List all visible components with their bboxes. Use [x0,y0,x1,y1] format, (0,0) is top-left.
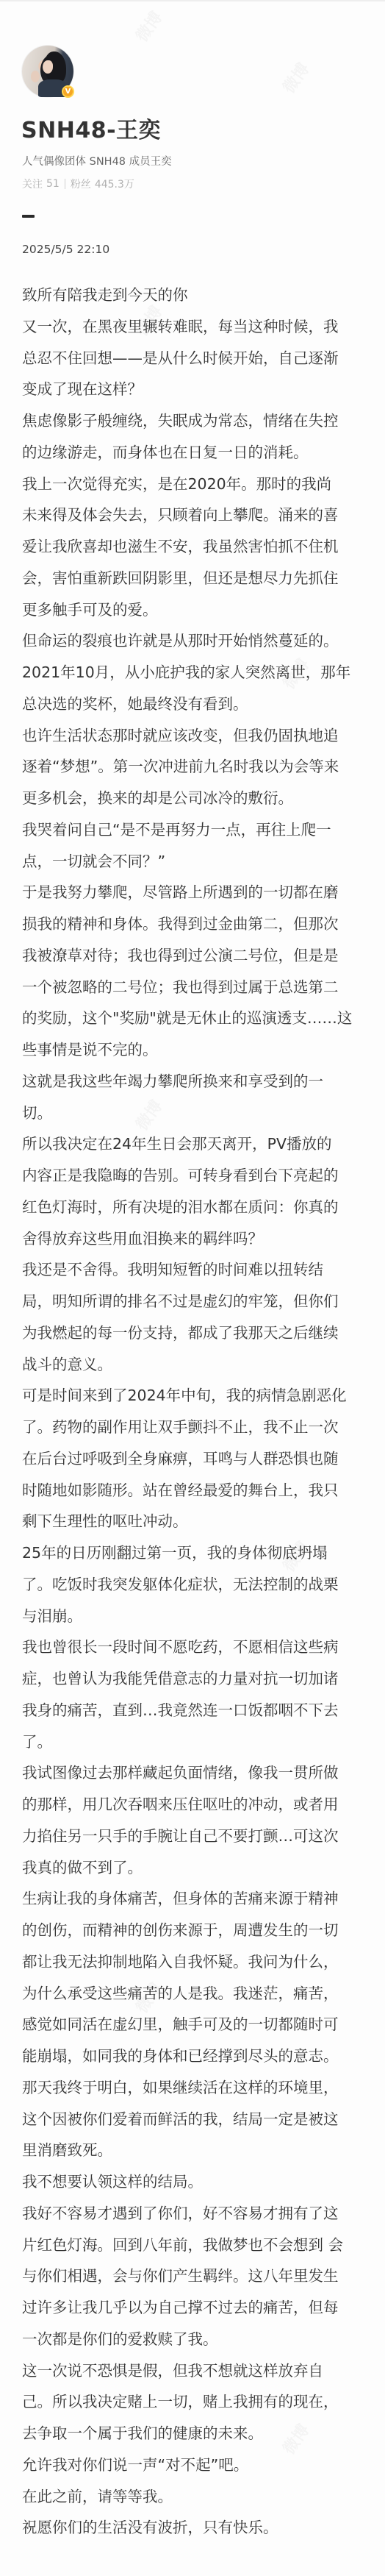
post-text-line: 所以我决定在24年生日会那天离开，PV播放的 [22,1128,382,1160]
post-text-line: 的那样，用几次吞咽来压住呕吐的冲动，或者用 [22,1789,382,1821]
stats-divider [65,179,65,189]
post-text-line: 更多触手可及的爱。 [22,594,382,626]
followers-label[interactable]: 粉丝 [71,177,91,191]
post-text-line: 了。 [22,1726,382,1758]
post-text-line: 症，也曾认为我能凭借意志的力量对抗一切加诸 [22,1663,382,1695]
post-text-line: 在后台过呼吸到全身麻痹，耳鸣与人群恐惧也随 [22,1443,382,1475]
post-text-line: 生病让我的身体痛苦，但身体的苦痛来源于精神 [22,1883,382,1915]
profile-name[interactable]: SNH48-王奕 [21,112,161,144]
verified-badge-icon: V [62,85,74,98]
post-text-line: 的创伤，而精神的创伤来源于，周遭发生的一切 [22,1915,382,1946]
post-text-line: 我还是不舍得。我明知短暂的时间难以扭转结 [22,1254,382,1286]
post-text-line: 为我燃起的每一份支持，都成了我那天之后继续 [22,1317,382,1349]
post-text-line: 这一次说不恐惧是假，但我不想就这样放弃自 [22,2355,382,2387]
avatar-face [43,60,53,74]
post-text-line: 的边缘游走，而身体也在日复一日的消耗。 [22,437,382,469]
post-text-line: 我哭着问自己“是不是再努力一点，再往上爬一 [22,814,382,846]
avatar-hand [31,71,40,82]
post-text-line: 这就是我这些年竭力攀爬所换来和享受到的一 [22,1066,382,1097]
post-text-line: 的奖励，这个"奖励"就是无休止的巡演透支……这 [22,1003,382,1034]
post-text-line: 这个因被你们爱着而鲜活的我，结局一定是被这 [22,2104,382,2135]
post-text-line: 我好不容易才遇到了你们，好不容易才拥有了这 [22,2198,382,2230]
post-text-line: 剩下生理性的呕吐冲动。 [22,1506,382,1537]
post-text-line: 可是时间来到了2024年中旬，我的病情急剧恶化 [22,1380,382,1412]
post-text-line: 我真的做不到了。 [22,1852,382,1884]
post-text-line: 会，害怕重新跌回阴影里，但还是想尽力先抓住 [22,563,382,594]
post-text-line: 于是我努力攀爬，尽管路上所遇到的一切都在磨 [22,877,382,908]
post-text-line: 祝愿你们的生活没有波折，只有快乐。 [22,2512,382,2544]
post-text-line: 又一次，在黑夜里辗转难眠，每当这种时候，我 [22,311,382,343]
post-text-line: 局，明知所谓的排名不过是虚幻的牢笼，但你们 [22,1286,382,1317]
post-text-line: 在此之前，请等等我。 [22,2481,382,2513]
post-text-line: 内容正是我隐晦的告别。可转身看到台下亮起的 [22,1160,382,1192]
post-text-line: 为什么承受这些痛苦的人是我。我迷茫，痛苦， [22,1978,382,2010]
post-text-line: 那天我终于明白，如果继续活在这样的环境里， [22,2072,382,2104]
post-text-line: 总决选的奖杯，她最终没有看到。 [22,689,382,720]
watermark: 微博 [277,58,314,98]
post-text-line: 过许多让我几乎以为自己撑不过去的痛苦，但每 [22,2292,382,2324]
post-text-line: 更多机会，换来的却是公司冰冷的敷衍。 [22,783,382,814]
post-text-line: 去争取一个属于我们的健康的未来。 [22,2418,382,2449]
post-text-line: 我上一次觉得充实，是在2020年。那时的我尚 [22,469,382,500]
post-text-line: 焦虑像影子般缠绕，失眠成为常态，情绪在失控 [22,405,382,437]
post-text-line: 些事情是说不完的。 [22,1034,382,1066]
post-text-line: 片红色灯海。回到八年前，我做梦也不会想到 会 [22,2230,382,2261]
post-text-line: 我被潦草对待；我也得到过公演二号位，但是是 [22,940,382,972]
post-text-line: 致所有陪我走到今天的你 [22,280,382,311]
post-text-line: 我不想要认领这样的结局。 [22,2166,382,2198]
following-count[interactable]: 51 [46,178,60,190]
post-text-line: 2021年10月，从小庇护我的家人突然离世，那年 [22,657,382,689]
post-text-line: 与你们相遇，会与你们产生羁绊。这八年里发生 [22,2260,382,2292]
post-text-line: 25年的日历刚翻过第一页，我的身体彻底坍塌 [22,1537,382,1569]
post-text-line: 允许我对你们说一声“对不起”吧。 [22,2449,382,2481]
post-text-line: 一次都是你们的爱救赎了我。 [22,2324,382,2355]
post-text-line: 我身的痛苦，直到…我竟然连一口饭都咽不下去 [22,1695,382,1726]
following-label[interactable]: 关注 [22,177,43,191]
profile-bio: 人气偶像团体 SNH48 成员王奕 [22,153,172,168]
post-text-line: 舍得放弃这些用血泪换来的羁绊吗？ [22,1223,382,1255]
post-text-line: 力掐住另一只手的手腕让自己不要打颤…可这次 [22,1821,382,1852]
post-text-line: 变成了现在这样？ [22,374,382,405]
post-text-line: 总忍不住回想——是从什么时候开始，自己逐渐 [22,343,382,374]
watermark: 微博 [130,7,168,46]
post-text-line: 了。吃饭时我突发躯体化症状，无法控制的战栗 [22,1569,382,1601]
post-text-line: 也许生活状态那时就应该改变，但我仍固执地追 [22,720,382,752]
post-date: 2025/5/5 22:10 [22,243,109,256]
followers-count[interactable]: 445.3万 [95,177,134,191]
post-text-line: 切。 [22,1097,382,1129]
post-text-line: 都让我无法抑制地陷入自我怀疑。我问为什么， [22,1946,382,1978]
post-body: 致所有陪我走到今天的你又一次，在黑夜里辗转难眠，每当这种时候，我总忍不住回想——… [22,280,382,2544]
post-text-line: 点，一切就会不同？” [22,846,382,878]
post-text-line: 我试图像过去那样藏起负面情绪，像我一贯所做 [22,1757,382,1789]
post-text-line: 能崩塌，如同我的身体和已经撑到尽头的意志。 [22,2040,382,2072]
post-text-line: 己。所以我决定赌上一切，赌上我拥有的现在， [22,2386,382,2418]
profile-stats: 关注 51 粉丝 445.3万 [22,177,134,191]
post-text-line: 战斗的意义。 [22,1349,382,1381]
post-text-line: 但命运的裂痕也许就是从那时开始悄然蔓延的。 [22,625,382,657]
post-text-line: 了。药物的副作用让双手颤抖不止，我不止一次 [22,1412,382,1443]
post-text-line: 损我的精神和身体。我得到过金曲第二，但那次 [22,908,382,940]
post-text-line: 红色灯海时，所有决堤的泪水都在质问：你真的 [22,1192,382,1223]
post-text-line: 与泪崩。 [22,1601,382,1632]
post-text-line: 逐着“梦想”。第一次冲进前九名时我以为会等来 [22,751,382,783]
post-text-line: 时随地如影随形。站在曾经最爱的舞台上，我只 [22,1475,382,1506]
post-text-line: 未来得及体会失去，只顾着向上攀爬。涌来的喜 [22,499,382,531]
post-text-line: 爱让我欣喜却也滋生不安，我虽然害怕抓不住机 [22,531,382,563]
post-text-line: 我也曾很长一段时间不愿吃药，不愿相信这些病 [22,1632,382,1663]
post-text-line: 一个被忽略的二号位；我也得到过属于总选第二 [22,972,382,1003]
post-text-line: 里消磨致死。 [22,2135,382,2166]
section-divider [22,215,35,218]
top-divider [0,0,385,1]
post-text-line: 感觉如同活在虚幻里，触手可及的一切都随时可 [22,2009,382,2040]
